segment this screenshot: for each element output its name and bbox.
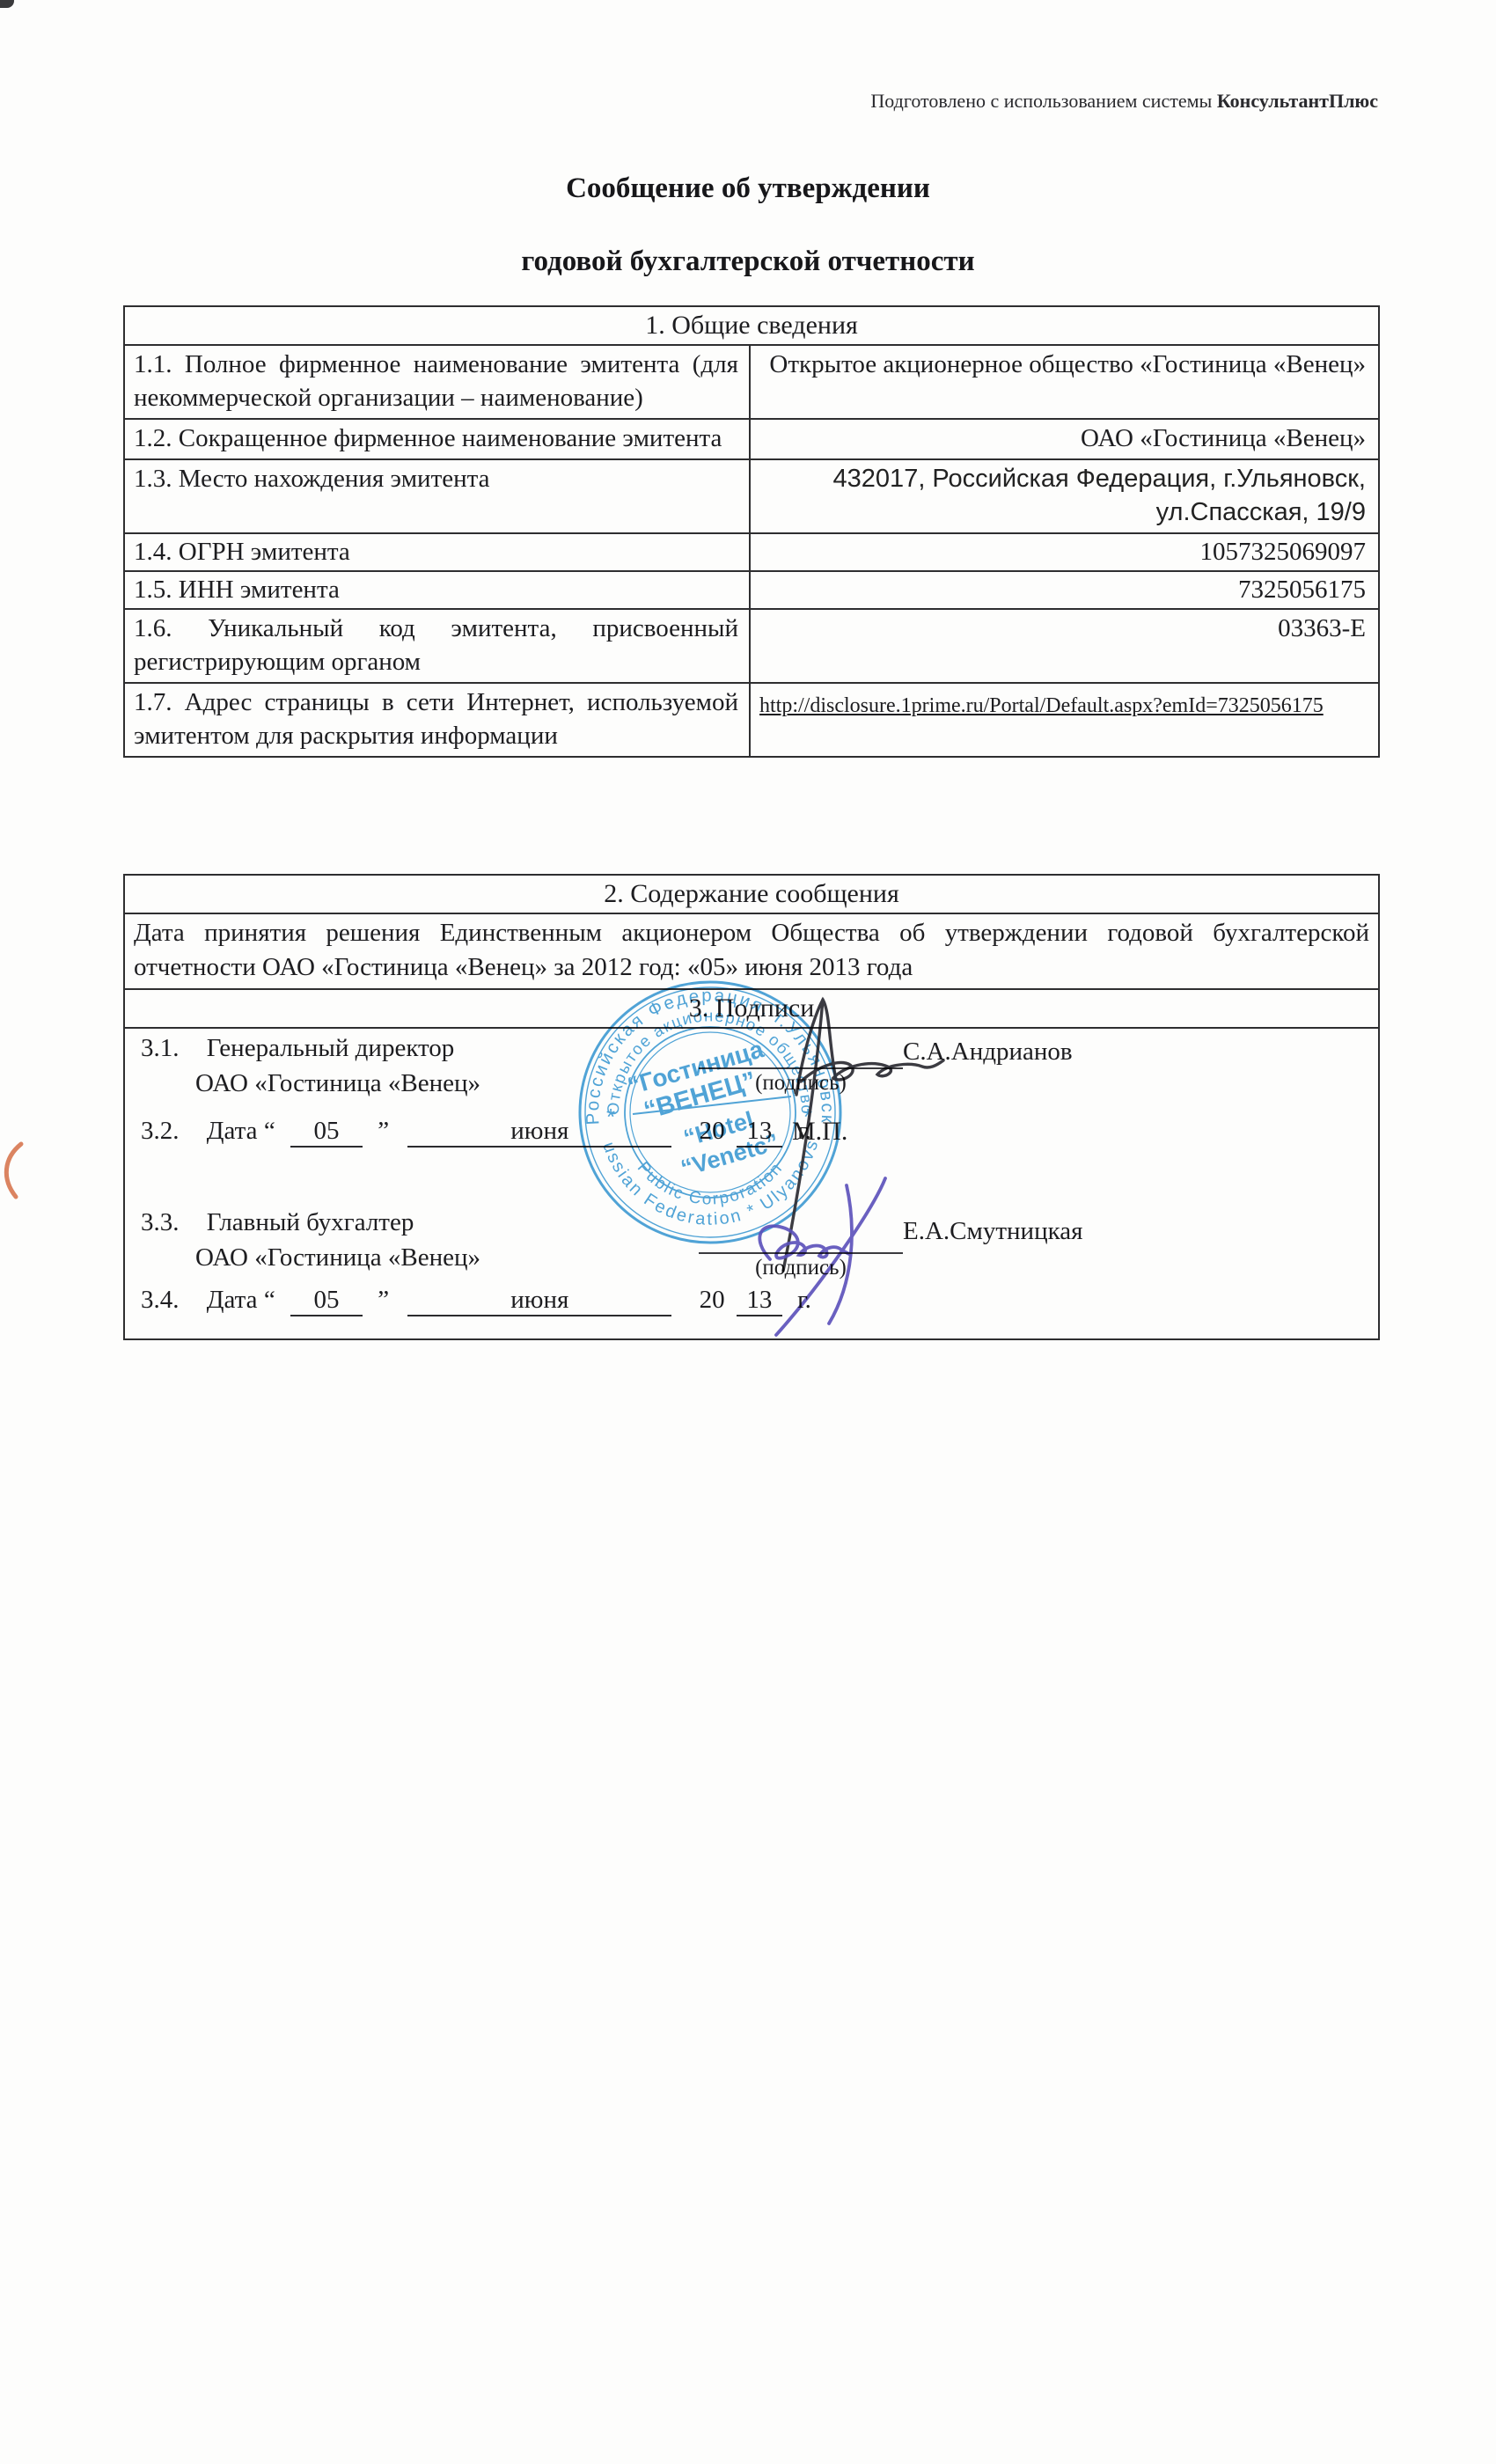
open-quote: “ — [264, 1286, 275, 1314]
close-quote: ” — [378, 1286, 389, 1314]
scan-corner-artifact — [0, 0, 14, 8]
table-row: 1.5. ИНН эмитента 7325056175 — [125, 572, 1378, 610]
open-quote: “ — [264, 1117, 275, 1145]
row-1-7-label: 1.7. Адрес страницы в сети Интернет, исп… — [125, 684, 751, 756]
table-row: 1.3. Место нахождения эмитента 432017, Р… — [125, 460, 1378, 534]
consultantplus-brand: КонсультантПлюс — [1217, 90, 1378, 112]
item-number: 3.3. — [141, 1208, 180, 1236]
title-line-1: Сообщение об утверждении — [0, 172, 1496, 205]
row-1-2-value: ОАО «Гостиница «Венец» — [751, 420, 1378, 458]
close-quote: ” — [378, 1117, 389, 1145]
date-suffix: г. — [797, 1286, 811, 1314]
accountant-signature-caption: (подпись) — [699, 1256, 903, 1280]
item-number: 3.1. — [141, 1034, 180, 1062]
signatures-block: 3.1. Генеральный директор ОАО «Гостиница… — [125, 1029, 1378, 1338]
row-1-1-value: Открытое акционерное общество «Гостиница… — [751, 346, 1378, 418]
section2-header: 2. Содержание сообщения — [125, 876, 1378, 914]
prepared-note: Подготовлено с использованием системы Ко… — [870, 90, 1378, 113]
date-day: 05 — [290, 1117, 363, 1148]
director-signature-line — [699, 1038, 903, 1069]
document-title: Сообщение об утверждении годовой бухгалт… — [0, 172, 1496, 278]
svg-text:Public Corporation: Public Corporation — [634, 1159, 787, 1209]
director-name: С.А.Андрианов — [903, 1038, 1073, 1067]
date-month: июня — [407, 1286, 671, 1316]
date-label: Дата — [207, 1117, 258, 1145]
date-century: 20 — [700, 1117, 725, 1145]
row-1-1-label: 1.1. Полное фирменное наименование эмите… — [125, 346, 751, 418]
row-1-6-value: 03363-E — [751, 610, 1378, 682]
table-row: 1.1. Полное фирменное наименование эмите… — [125, 346, 1378, 420]
table-row: 1.4. ОГРН эмитента 1057325069097 — [125, 534, 1378, 572]
message-content-table: 2. Содержание сообщения Дата принятия ре… — [123, 874, 1380, 1340]
table-row: 1.2. Сокращенное фирменное наименование … — [125, 420, 1378, 460]
director-role-line: 3.1. Генеральный директор — [141, 1034, 454, 1063]
date-month: июня — [407, 1117, 671, 1148]
prepared-note-text: Подготовлено с использованием системы — [870, 90, 1216, 112]
row-1-2-label: 1.2. Сокращенное фирменное наименование … — [125, 420, 751, 458]
accountant-signature-line — [699, 1222, 903, 1254]
row-1-4-value: 1057325069097 — [751, 534, 1378, 570]
section2-body: Дата принятия решения Единственным акцио… — [125, 914, 1378, 990]
general-info-table: 1. Общие сведения 1.1. Полное фирменное … — [123, 305, 1380, 758]
item-number: 3.4. — [141, 1286, 180, 1314]
accountant-name: Е.А.Смутницкая — [903, 1217, 1082, 1246]
date-year: 13 — [737, 1286, 782, 1316]
director-org: ОАО «Гостиница «Венец» — [195, 1069, 480, 1098]
stamp-arc-bottom-inner: Public Corporation — [634, 1159, 787, 1209]
accountant-org: ОАО «Гостиница «Венец» — [195, 1243, 480, 1272]
red-margin-mark — [0, 1140, 35, 1202]
accountant-date-line: 3.4. Дата “ 05 ” июня 20 13 г. — [141, 1286, 811, 1316]
accountant-role: Главный бухгалтер — [207, 1208, 414, 1236]
section3-header: 3. Подписи — [125, 990, 1378, 1029]
title-line-2: годовой бухгалтерской отчетности — [0, 246, 1496, 278]
table-row: 1.6. Уникальный код эмитента, присвоенны… — [125, 610, 1378, 684]
row-1-5-label: 1.5. ИНН эмитента — [125, 572, 751, 608]
date-year: 13 — [737, 1117, 782, 1148]
row-1-3-value: 432017, Российская Федерация, г.Ульяновс… — [751, 460, 1378, 532]
row-1-7-value: http://disclosure.1prime.ru/Portal/Defau… — [751, 684, 1378, 756]
section1-header: 1. Общие сведения — [125, 307, 1378, 346]
row-1-4-label: 1.4. ОГРН эмитента — [125, 534, 751, 570]
director-role: Генеральный директор — [207, 1034, 455, 1062]
table-row: 1.7. Адрес страницы в сети Интернет, исп… — [125, 684, 1378, 756]
director-signature-caption: (подпись) — [699, 1071, 903, 1096]
date-century: 20 — [700, 1286, 725, 1314]
accountant-role-line: 3.3. Главный бухгалтер — [141, 1208, 414, 1237]
disclosure-url[interactable]: http://disclosure.1prime.ru/Portal/Defau… — [759, 694, 1324, 717]
director-date-line: 3.2. Дата “ 05 ” июня 20 13 г. — [141, 1117, 811, 1148]
item-number: 3.2. — [141, 1117, 180, 1145]
date-label: Дата — [207, 1286, 258, 1314]
date-day: 05 — [290, 1286, 363, 1316]
seal-placeholder: М.П. — [792, 1117, 847, 1147]
scanned-document-page: Подготовлено с использованием системы Ко… — [0, 0, 1496, 2464]
row-1-5-value: 7325056175 — [751, 572, 1378, 608]
row-1-6-label: 1.6. Уникальный код эмитента, присвоенны… — [125, 610, 751, 682]
row-1-3-label: 1.3. Место нахождения эмитента — [125, 460, 751, 532]
